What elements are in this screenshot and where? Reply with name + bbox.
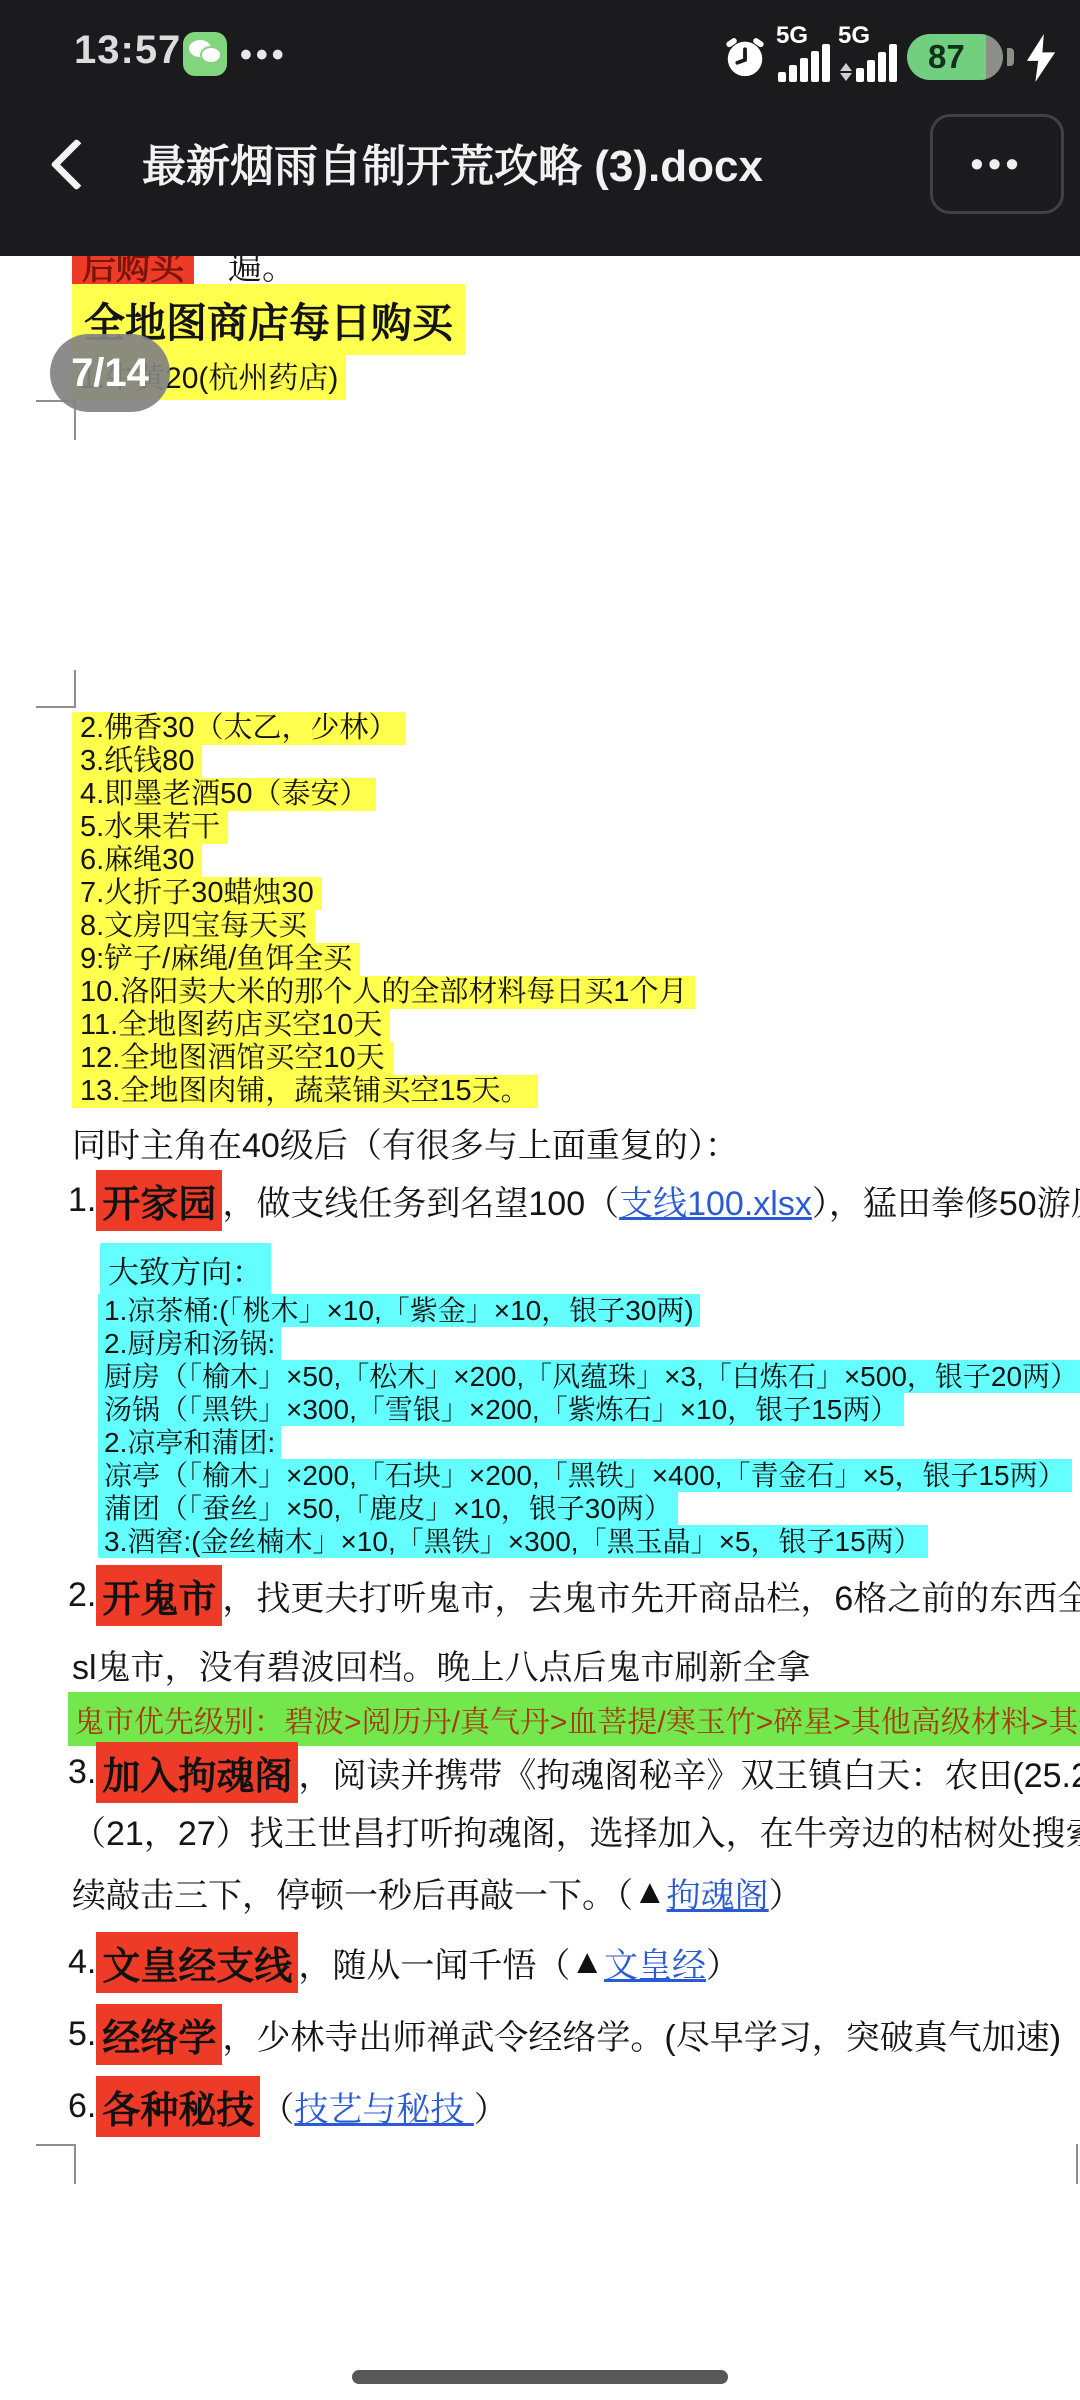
signal-bar: [778, 72, 786, 82]
battery-percent: 87: [907, 34, 986, 80]
list-item: 11.全地图药店买空10天: [72, 1009, 390, 1042]
list-item: 3.纸钱80: [72, 745, 202, 778]
line-number: 5.: [68, 2015, 96, 2054]
cyan-line: 3.酒窖:(金丝楠木」×10,「黑铁」×300,「黑玉晶」×5，银子15两）: [98, 1525, 928, 1558]
more-options-button[interactable]: •••: [930, 114, 1064, 214]
cyan-line: 蒲团（「蚕丝」×50,「鹿皮」×10，银子30两）: [98, 1492, 678, 1525]
highlight-red-secret: 各种秘技: [96, 2076, 260, 2137]
direction-label: 大致方向：: [100, 1243, 271, 1296]
page-corner-mark: [36, 2144, 76, 2146]
cyan-line: 厨房（「榆木」×50,「松木」×200,「风蕴珠」×3,「白炼石」×500，银子…: [98, 1360, 1080, 1393]
line-number: 4.: [68, 1943, 96, 1982]
home-indicator[interactable]: [352, 2370, 728, 2384]
signal-bar: [867, 60, 875, 82]
line-number: 1.: [68, 1181, 96, 1220]
line-text: （: [260, 2082, 294, 2131]
line-secret: 6. 各种秘技 （ 技艺与秘技 ）: [68, 2076, 508, 2137]
link-jiyi-miji[interactable]: 技艺与秘技: [294, 2082, 473, 2131]
list-item: 5.水果若干: [72, 811, 228, 844]
phone-screen: 后购买 遍。 全地图商店每日购买 1.牛黄20(杭州药店) 2.佛香30（太乙，…: [0, 0, 1080, 2400]
line-text: ，找更夫打听鬼市，去鬼市先开商品栏，6格之前的东西全买，6格保存，: [222, 1571, 1080, 1620]
page-indicator: 7/14: [50, 334, 170, 412]
para-level40: 同时主角在40级后（有很多与上面重复的）：: [72, 1118, 739, 1167]
line-text: ），猛田拳修50游历（: [812, 1176, 1080, 1225]
highlight-red-soul: 加入拘魂阁: [96, 1742, 298, 1803]
list-item: 10.洛阳卖大米的那个人的全部材料每日买1个月: [72, 976, 695, 1009]
charging-bolt-icon: [1024, 34, 1058, 82]
cyan-line: 1.凉茶桶:(「桃木」×10,「紫金」×10，银子30两): [98, 1294, 700, 1327]
status-time: 13:57: [74, 28, 181, 73]
link-zhixian-xlsx[interactable]: 支线100.xlsx: [619, 1176, 812, 1225]
line-text: ，阅读并携带《拘魂阁秘辛》双王镇白天：农田(25.29)/夜晚：茅屋: [298, 1748, 1080, 1797]
direction-label-line: 大致方向：: [100, 1243, 271, 1296]
status-right-cluster: 5G 5G: [722, 26, 1058, 82]
line-jingluo: 5. 经络学 ，少林寺出师禅武令经络学。(尽早学习，突破真气加速)（ ▲ 经络学…: [68, 2004, 1080, 2065]
cyan-line: 2.厨房和汤锅:: [98, 1327, 281, 1360]
highlight-red-family: 开家园: [96, 1170, 222, 1231]
signal-bar: [856, 68, 864, 82]
page-corner-mark: [74, 2144, 76, 2184]
line-text: ）: [769, 1868, 803, 1917]
signal-bar: [889, 44, 897, 82]
data-transfer-arrows-icon: [840, 63, 852, 81]
line-family: 1. 开家园 ，做支线任务到名望100（ 支线100.xlsx ），猛田拳修50…: [68, 1170, 1080, 1231]
line-text: 续敲击三下，停顿一秒后再敲一下。（: [72, 1868, 633, 1917]
line-text: ，少林寺出师禅武令经络学。(尽早学习，突破真气加速)（: [222, 2010, 1080, 2059]
list-item: 13.全地图肉铺，蔬菜铺买空15天。: [72, 1075, 538, 1108]
line-number: 2.: [68, 1576, 96, 1615]
page-corner-mark: [74, 670, 76, 708]
document-title: 最新烟雨自制开荒攻略 (3).docx: [142, 130, 912, 194]
list-item: 2.佛香30（太乙，少林）: [72, 712, 405, 745]
triangle-marker: ▲: [570, 1943, 604, 1982]
line-number: 6.: [68, 2087, 96, 2126]
battery-icon: 87: [907, 34, 1003, 80]
highlight-red-jingluo: 经络学: [96, 2004, 222, 2065]
signal-bar: [878, 52, 886, 82]
cyan-line: 2.凉亭和蒲团:: [98, 1426, 281, 1459]
line-ghost-market-2: sl鬼市，没有碧波回档。晚上八点后鬼市刷新全拿: [72, 1640, 811, 1689]
line-wenhuang: 4. 文皇经支线 ，随从一闻千悟（ ▲ 文皇经 ）: [68, 1932, 740, 1993]
signal-bar: [789, 65, 797, 82]
triangle-marker: ▲: [633, 1873, 667, 1912]
list-item: 4.即墨老酒50（泰安）: [72, 778, 376, 811]
back-button[interactable]: [50, 138, 102, 190]
list-item: 12.全地图酒馆买空10天: [72, 1042, 393, 1075]
wechat-icon: [183, 32, 227, 76]
network-type-label: 5G: [776, 22, 808, 50]
battery-nub: [1007, 48, 1014, 66]
notification-dots-icon: •••: [240, 36, 288, 75]
link-wenhuang[interactable]: 文皇经: [604, 1938, 706, 1987]
signal-strength-icon-1: 5G: [778, 26, 830, 82]
link-juhun[interactable]: 拘魂阁: [667, 1868, 769, 1917]
line-soul-1: 3. 加入拘魂阁 ，阅读并携带《拘魂阁秘辛》双王镇白天：农田(25.29)/夜晚…: [68, 1742, 1080, 1803]
highlight-red-ghost: 开鬼市: [96, 1565, 222, 1626]
list-item: 8.文房四宝每天买: [72, 910, 315, 943]
line-soul-3: 续敲击三下，停顿一秒后再敲一下。（ ▲ 拘魂阁 ）: [72, 1868, 803, 1917]
highlight-red-wenhuang: 文皇经支线: [96, 1932, 298, 1993]
signal-bar: [800, 58, 808, 82]
status-bar: 13:57 ••• 5G: [0, 26, 1080, 82]
network-type-label: 5G: [838, 22, 870, 50]
list-item: 6.麻绳30: [72, 844, 202, 877]
line-soul-2: （21，27）找王世昌打听拘魂阁，选择加入，在牛旁边的枯树处搜索，选择敲击，连: [72, 1806, 1080, 1855]
list-item: 7.火折子30蜡烛30: [72, 877, 322, 910]
page-corner-mark: [36, 706, 76, 708]
signal-bar: [822, 44, 830, 82]
title-bar: 最新烟雨自制开荒攻略 (3).docx •••: [0, 108, 1080, 228]
line-text: ）: [706, 1938, 740, 1987]
page-corner-mark: [1076, 2144, 1078, 2184]
signal-bar: [811, 51, 819, 82]
app-header: 13:57 ••• 5G: [0, 0, 1080, 256]
line-text: ，做支线任务到名望100（: [222, 1176, 619, 1225]
ghost-priority-line: 鬼市优先级别：碧波>阅历丹/真气丹>血菩提/寒玉竹>碎星>其他高级材料>其他: [68, 1692, 1080, 1746]
line-text: ，随从一闻千悟（: [298, 1938, 570, 1987]
highlight-green-priority: 鬼市优先级别：碧波>阅历丹/真气丹>血菩提/寒玉竹>碎星>其他高级材料>其他: [68, 1692, 1080, 1746]
signal-strength-icon-2: 5G: [840, 26, 897, 82]
cyan-line: 汤锅（「黑铁」×300,「雪银」×200,「紫炼石」×10，银子15两）: [98, 1393, 904, 1426]
line-text: ）: [474, 2082, 508, 2131]
list-item: 9:铲子/麻绳/鱼饵全买: [72, 943, 360, 976]
cyan-line: 凉亭（「榆木」×200,「石块」×200,「黑铁」×400,「青金石」×5，银子…: [98, 1459, 1072, 1492]
alarm-clock-icon: [722, 34, 768, 80]
line-ghost-market: 2. 开鬼市 ，找更夫打听鬼市，去鬼市先开商品栏，6格之前的东西全买，6格保存，: [68, 1565, 1080, 1626]
chat-bubble-icon: [202, 48, 220, 62]
line-number: 3.: [68, 1753, 96, 1792]
